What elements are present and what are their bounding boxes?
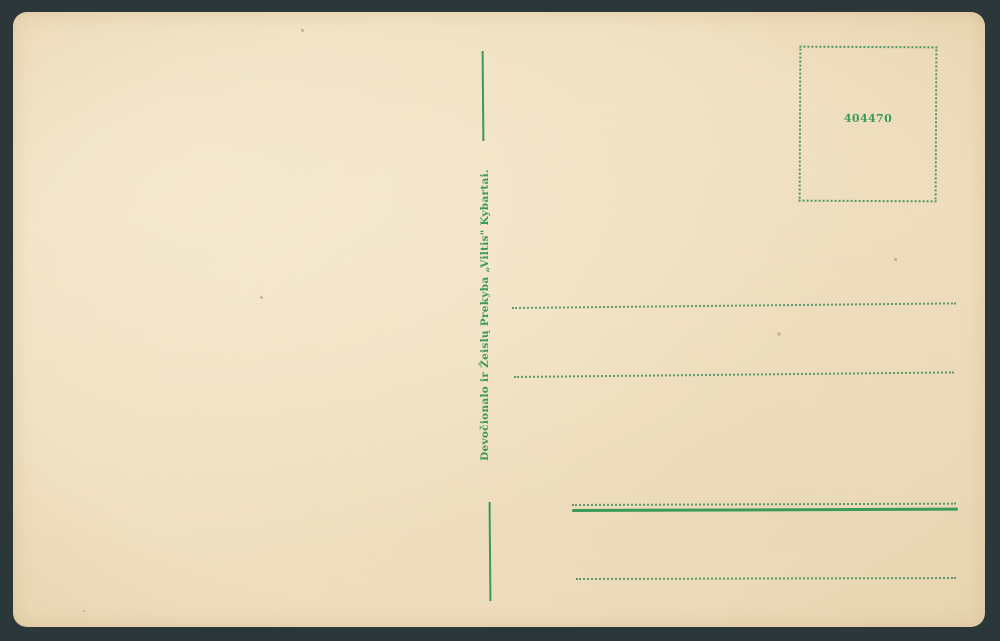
address-line-4: [576, 577, 956, 580]
vertical-divider-top: [482, 51, 485, 141]
address-line-3: [572, 503, 956, 506]
postcard-back: Devočionalo ir Žeislų Prekyba „Viltis" K…: [13, 12, 985, 627]
stamp-box: 404470: [799, 46, 938, 203]
stamp-box-number: 404470: [801, 112, 935, 126]
address-line-1: [512, 302, 956, 309]
publisher-imprint: Devočionalo ir Žeislų Prekyba „Viltis" K…: [478, 135, 492, 495]
vertical-divider-bottom: [489, 502, 492, 601]
paper-speck: [301, 29, 304, 32]
paper-speck: [894, 258, 897, 261]
paper-speck: [260, 296, 263, 299]
address-underline: [572, 508, 958, 512]
paper-speck: [83, 610, 85, 612]
paper-speck: [777, 332, 781, 336]
address-line-2: [514, 371, 954, 378]
scan-background: Devočionalo ir Žeislų Prekyba „Viltis" K…: [0, 0, 1000, 641]
